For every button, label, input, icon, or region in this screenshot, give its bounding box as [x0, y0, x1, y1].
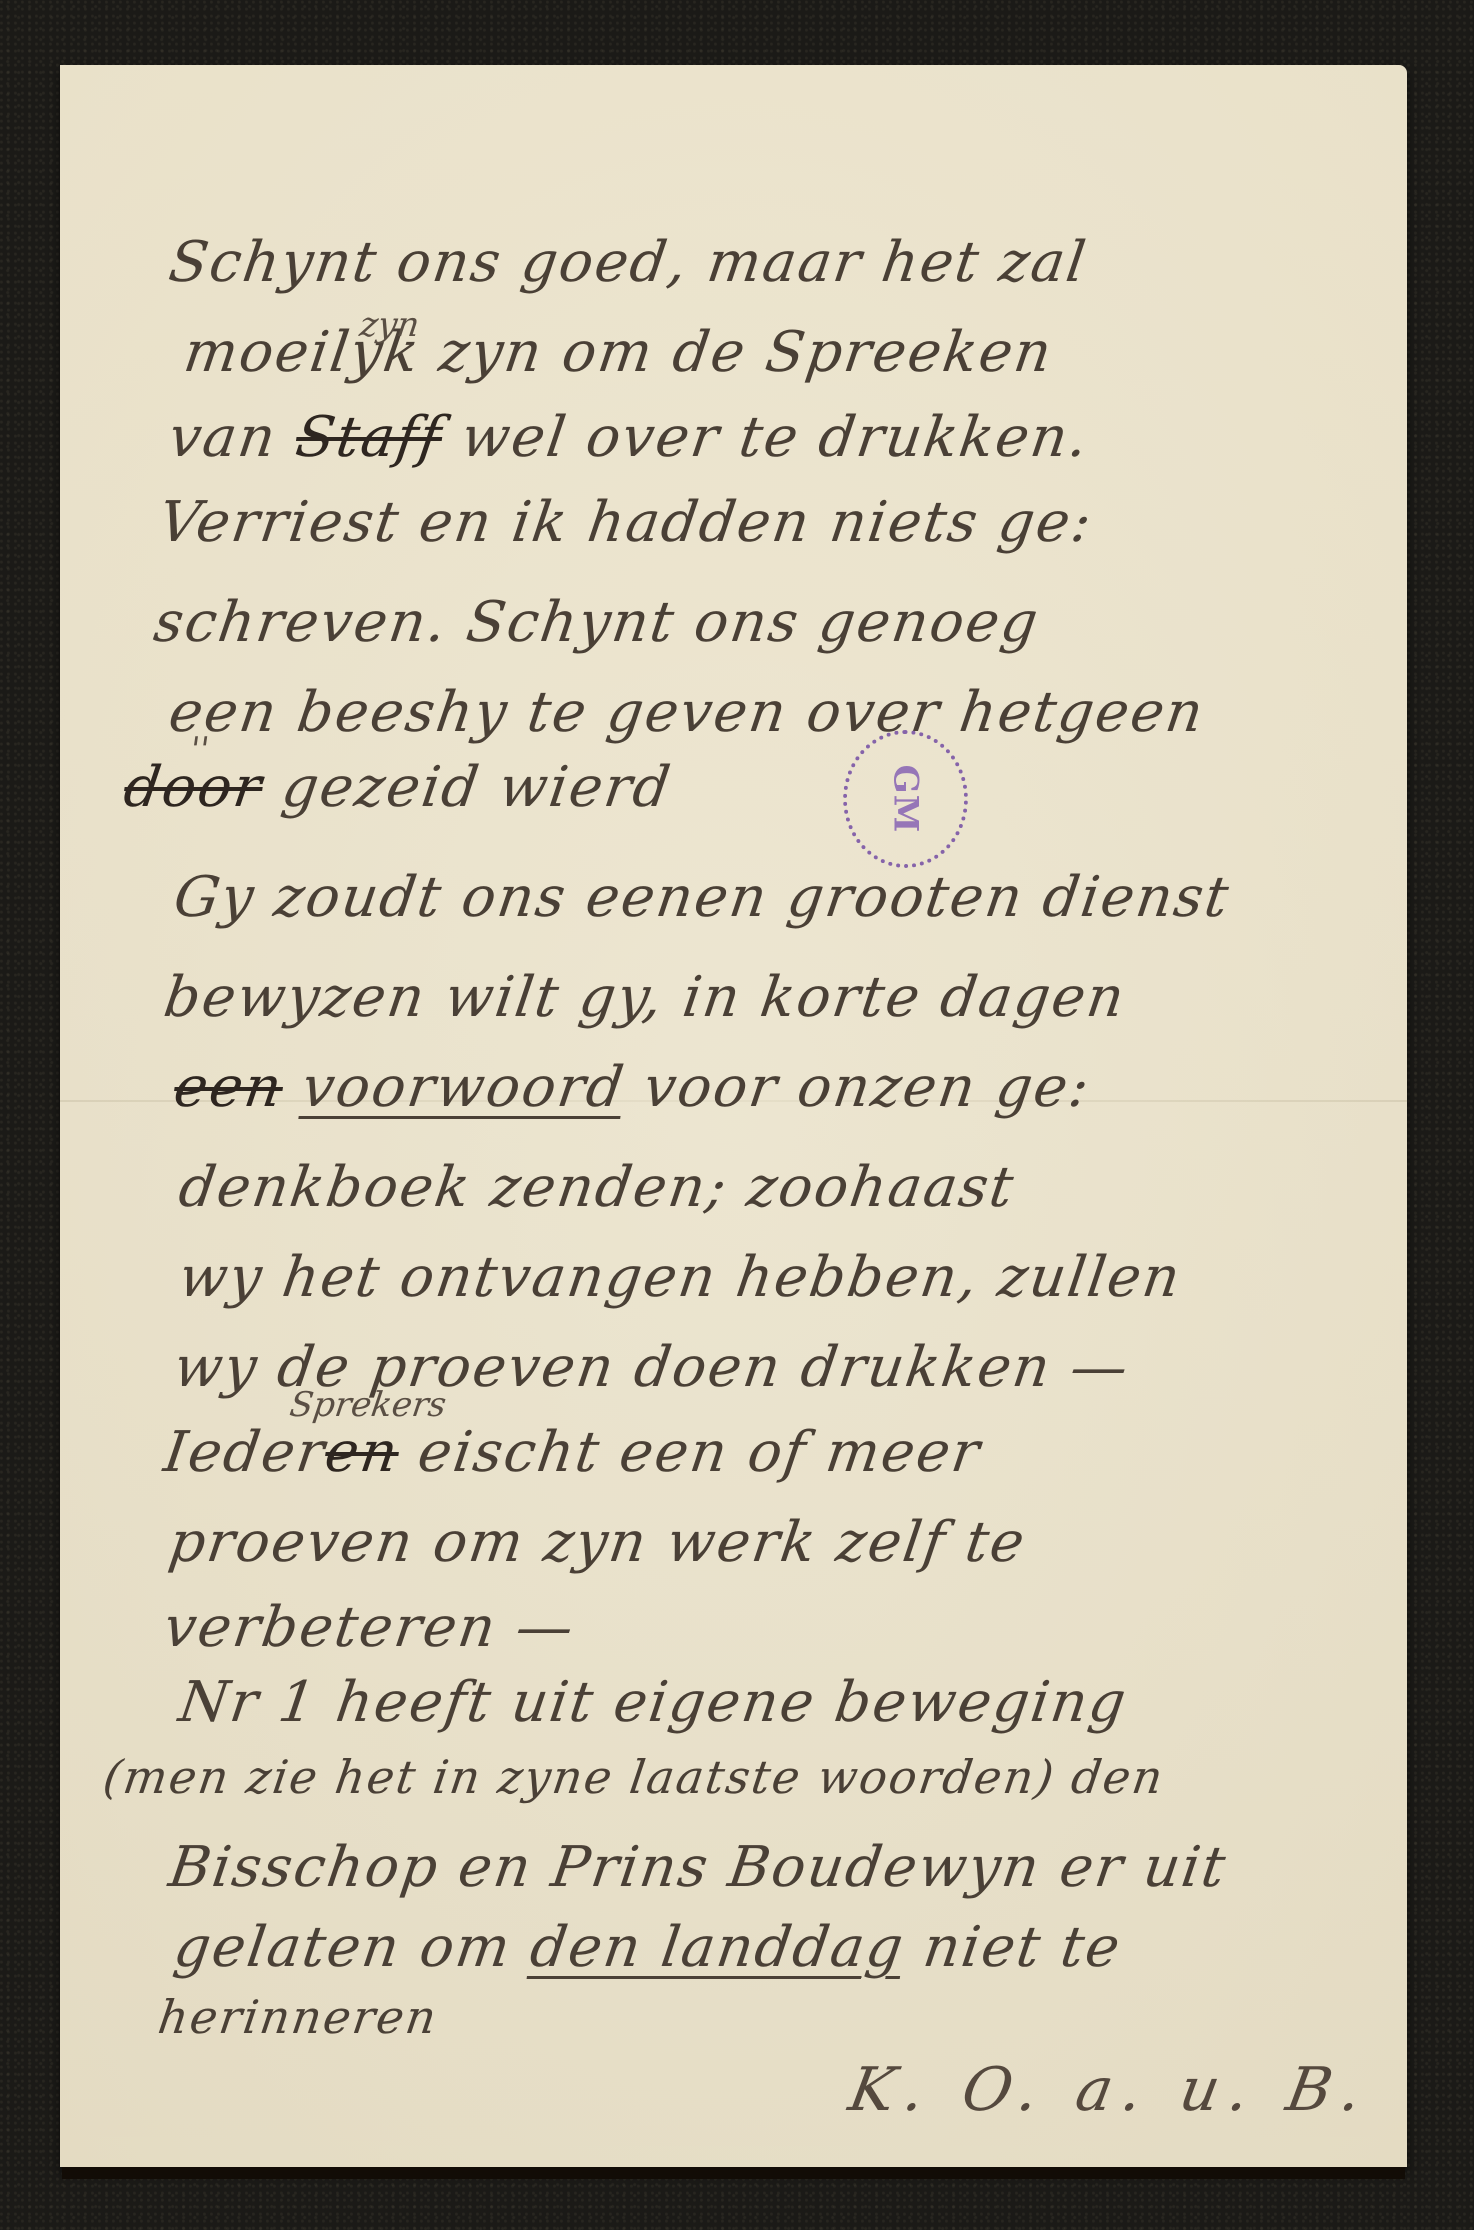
- text-line-9: bewyzen wilt gy, in korte dagen: [160, 965, 1130, 1030]
- text-line-12: wy het ontvangen hebben, zullen: [175, 1245, 1186, 1310]
- text-line-1: Schynt ons goed, maar het zal: [165, 230, 1091, 295]
- handwritten-text: Schynt ons goed, maar het zal moeilyk zy…: [60, 65, 1407, 2167]
- insertion-sprekers: Sprekers: [287, 1385, 448, 1425]
- stamp-monogram: GM: [885, 765, 925, 834]
- struck-word: door: [120, 755, 267, 820]
- text-line-16: verbeteren —: [160, 1595, 579, 1660]
- text-line-7: door gezeid wierd: [120, 755, 676, 820]
- manuscript-page: Schynt ons goed, maar het zal moeilyk zy…: [60, 65, 1407, 2167]
- struck-word: en: [321, 1420, 403, 1485]
- signature: K. O. a. u. B.: [844, 2055, 1377, 2125]
- text-line-19: Bisschop en Prins Boudewyn er uit: [165, 1835, 1231, 1900]
- text-line-11: denkboek zenden; zoohaast: [175, 1155, 1019, 1220]
- text-line-17: Nr 1 heeft uit eigene beweging: [175, 1670, 1132, 1735]
- text-line-5: schreven. Schynt ons genoeg: [150, 590, 1044, 655]
- library-stamp: GM: [843, 730, 968, 868]
- text-line-21: herinneren: [155, 1990, 441, 2044]
- text-line-6: een beeshy te geven over hetgeen: [165, 680, 1209, 745]
- struck-word: een: [170, 1055, 287, 1120]
- underlined-phrase: den landdag: [526, 1915, 908, 1980]
- text-line-18: (men zie het in zyne laatste woorden) de…: [100, 1750, 1168, 1804]
- text-line-15: proeven om zyn werk zelf te: [165, 1510, 1030, 1575]
- text-line-14: Iederen eischt een of meer: [160, 1420, 985, 1485]
- underlined-word: voorwoord: [298, 1055, 629, 1120]
- text-line-3: van Staff wel over te drukken.: [165, 405, 1093, 470]
- struck-word: Staff: [292, 405, 447, 470]
- text-line-8: Gy zoudt ons eenen grooten dienst: [170, 865, 1234, 930]
- insertion-zyn: zyn: [357, 305, 422, 345]
- text-line-4: Verriest en ik hadden niets ge:: [155, 490, 1097, 555]
- text-line-20: gelaten om den landdag niet te: [170, 1915, 1126, 1980]
- text-line-10: een voorwoord voor onzen ge:: [170, 1055, 1095, 1120]
- text-line-2: moeilyk zyn om de Spreeken: [180, 320, 1057, 385]
